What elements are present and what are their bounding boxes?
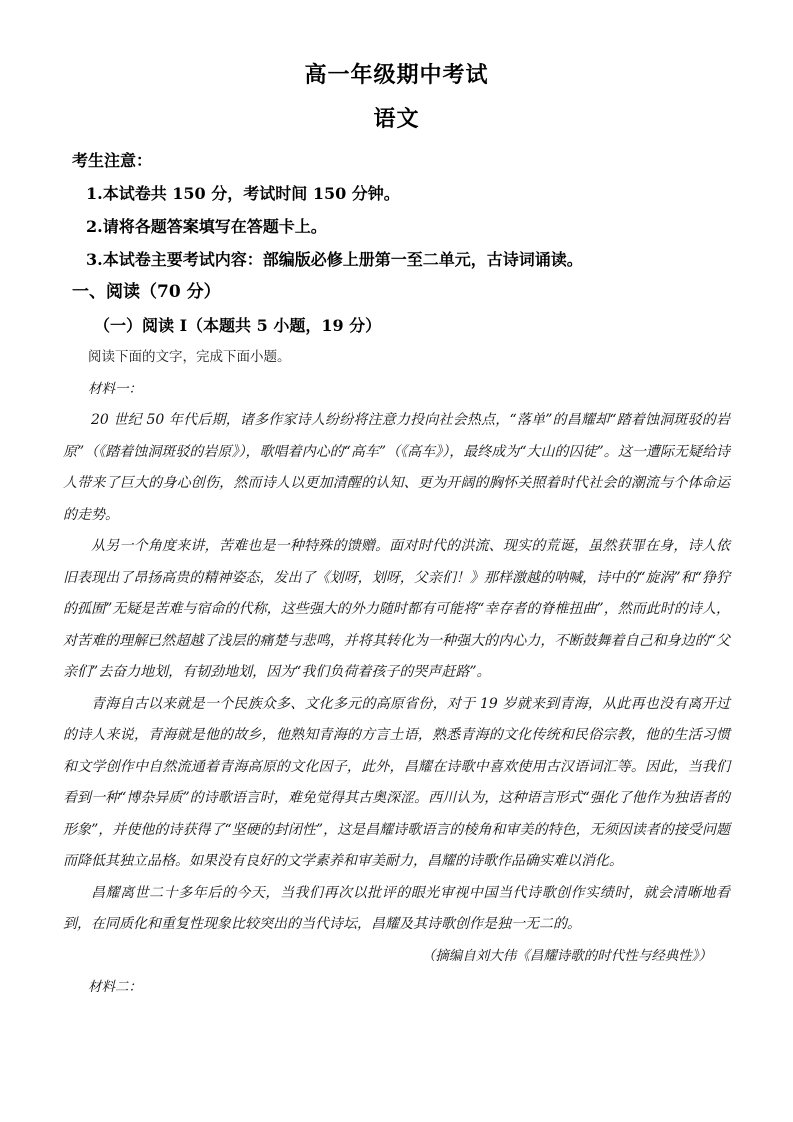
- reading-instruction: 阅读下面的文字，完成下面小题。: [88, 342, 730, 374]
- material-one-attribution: （摘编自刘大伟《昌耀诗歌的时代性与经典性》）: [63, 941, 730, 973]
- material-one-paragraph-1: 20 世纪 50 年代后期，诸多作家诗人纷纷将注意力投向社会热点，“落单”的昌耀…: [63, 405, 730, 531]
- notice-item-1: 1.本试卷共 150 分，考试时间 150 分钟。: [86, 177, 730, 210]
- notice-item-2: 2.请将各题答案填写在答题卡上。: [86, 210, 730, 243]
- material-one-label: 材料一：: [88, 374, 730, 406]
- exam-paper-page: 高一年级期中考试 语文 考生注意： 1.本试卷共 150 分，考试时间 150 …: [0, 0, 793, 1122]
- material-one-paragraph-4: 昌耀离世二十多年后的今天，当我们再次以批评的眼光审视中国当代诗歌创作实绩时，就会…: [63, 878, 730, 941]
- subsection-heading-reading-1: （一）阅读 I（本题共 5 小题，19 分）: [94, 309, 730, 342]
- material-one-paragraph-2: 从另一个角度来讲，苦难也是一种特殊的馈赠。面对时代的洪流、现实的荒诞，虽然获罪在…: [63, 531, 730, 689]
- subject-title: 语文: [63, 104, 730, 134]
- section-heading-reading: 一、阅读（70 分）: [72, 276, 730, 309]
- material-two-label: 材料二：: [88, 972, 730, 1004]
- material-one-paragraph-3: 青海自古以来就是一个民族众多、文化多元的高原省份，对于 19 岁就来到青海，从此…: [63, 689, 730, 878]
- notice-label: 考生注意：: [72, 144, 730, 177]
- notice-item-3: 3.本试卷主要考试内容：部编版必修上册第一至二单元，古诗词诵读。: [86, 243, 730, 276]
- exam-title: 高一年级期中考试: [63, 60, 730, 90]
